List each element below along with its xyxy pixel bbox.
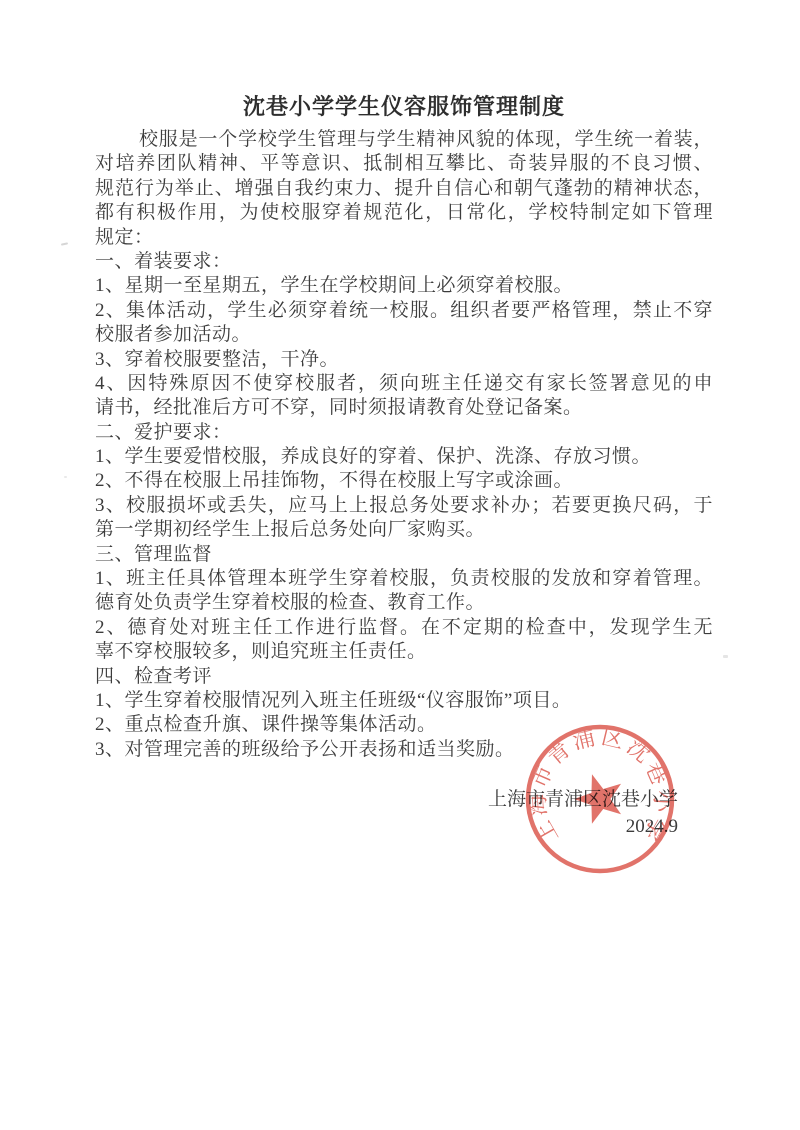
text-line: 对培养团队精神、平等意识、抵制相互攀比、奇装异服的不良习惯、 bbox=[95, 152, 713, 176]
text-line: 辜不穿校服较多，则追究班主任责任。 bbox=[95, 640, 713, 664]
text-line: 德育处负责学生穿着校服的检查、教育工作。 bbox=[95, 591, 713, 615]
text-line: 第一学期初经学生上报后总务处向厂家购买。 bbox=[95, 518, 713, 542]
school-seal-stamp: 上海市青浦区沈巷小学 bbox=[522, 721, 678, 877]
text-line: 规范行为举止、增强自我约束力、提升自信心和朝气蓬勃的精神状态， bbox=[95, 177, 713, 201]
scan-speck bbox=[64, 476, 67, 478]
text-line: 校服者参加活动。 bbox=[95, 323, 713, 347]
text-line: 2、德育处对班主任工作进行监督。在不定期的检查中，发现学生无 bbox=[95, 616, 713, 640]
scan-speck bbox=[61, 242, 68, 245]
stamp-star-icon bbox=[568, 767, 630, 827]
text-line: 四、检查考评 bbox=[95, 665, 713, 689]
scan-speck bbox=[723, 655, 728, 658]
text-line: 二、爱护要求： bbox=[95, 421, 713, 445]
text-line: 3、校服损坏或丢失，应马上上报总务处要求补办；若要更换尺码，于 bbox=[95, 494, 713, 518]
text-line: 1、班主任具体管理本班学生穿着校服，负责校服的发放和穿着管理。 bbox=[95, 567, 713, 591]
text-line: 4、因特殊原因不使穿校服者，须向班主任递交有家长签署意见的申 bbox=[95, 372, 713, 396]
text-line: 都有积极作用，为使校服穿着规范化，日常化，学校特制定如下管理 bbox=[95, 201, 713, 225]
text-line: 1、星期一至星期五，学生在学校期间上必须穿着校服。 bbox=[95, 274, 713, 298]
document-title: 沈巷小学学生仪容服饰管理制度 bbox=[95, 92, 713, 122]
document-page: 沈巷小学学生仪容服饰管理制度 校服是一个学校学生管理与学生精神风貌的体现，学生统… bbox=[0, 0, 800, 1130]
text-line: 请书，经批准后方可不穿，同时须报请教育处登记备案。 bbox=[95, 396, 713, 420]
text-line: 校服是一个学校学生管理与学生精神风貌的体现，学生统一着装， bbox=[95, 128, 713, 152]
text-line: 2、不得在校服上吊挂饰物，不得在校服上写字或涂画。 bbox=[95, 469, 713, 493]
text-line: 2、集体活动，学生必须穿着统一校服。组织者要严格管理，禁止不穿 bbox=[95, 299, 713, 323]
text-line: 三、管理监督 bbox=[95, 543, 713, 567]
text-line: 1、学生穿着校服情况列入班主任班级“仪容服饰”项目。 bbox=[95, 689, 713, 713]
text-line: 3、穿着校服要整洁，干净。 bbox=[95, 348, 713, 372]
text-line: 规定： bbox=[95, 226, 713, 250]
text-line: 1、学生要爱惜校服，养成良好的穿着、保护、洗涤、存放习惯。 bbox=[95, 445, 713, 469]
document-lines: 校服是一个学校学生管理与学生精神风貌的体现，学生统一着装，对培养团队精神、平等意… bbox=[95, 128, 713, 762]
text-line: 一、着装要求： bbox=[95, 250, 713, 274]
